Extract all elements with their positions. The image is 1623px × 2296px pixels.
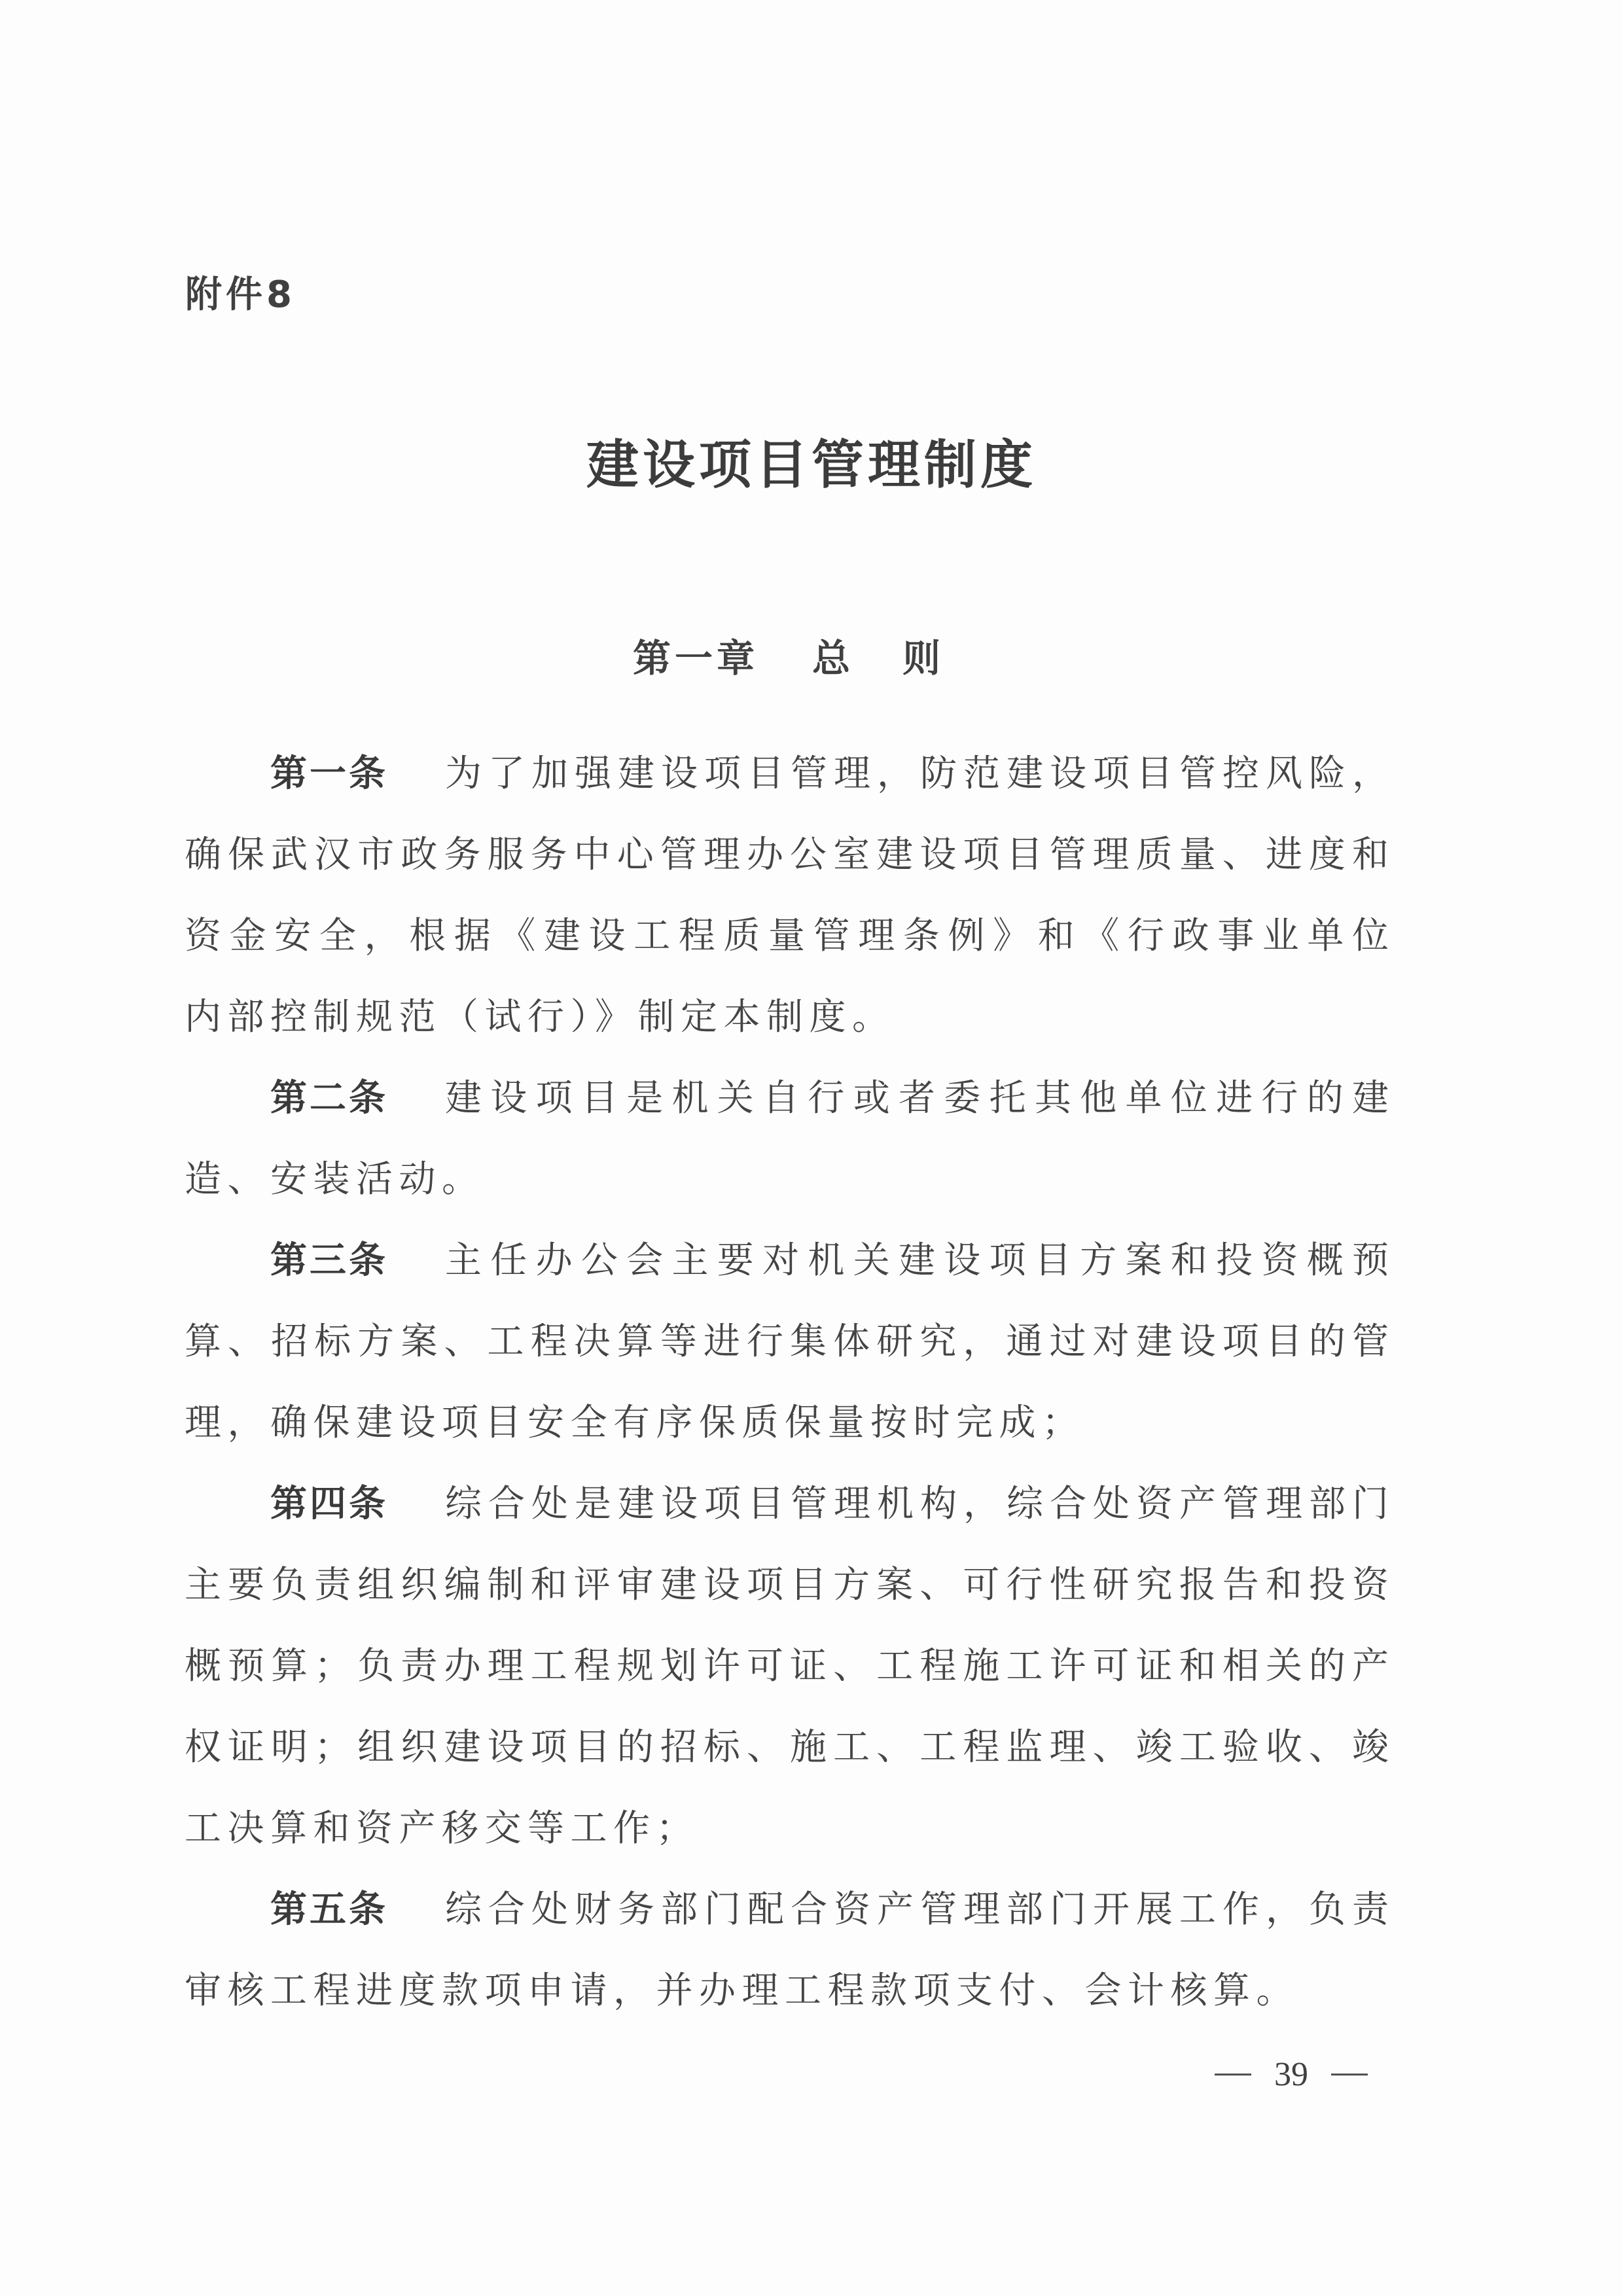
document-title: 建设项目管理制度 xyxy=(0,432,1623,497)
page-number-value: 39 xyxy=(1274,2055,1308,2094)
article-3-first-line: 第三条 主任办公会主要对机关建设项目方案和投资概预 xyxy=(270,1235,1389,1287)
article-label: 第一条 xyxy=(270,748,395,800)
article-text-line: 理，确保建设项目安全有序保质保量按时完成； xyxy=(185,1397,1389,1449)
article-1-first-line: 第一条 为了加强建设项目管理，防范建设项目管控风险， xyxy=(270,748,1389,800)
attachment-label: 附件8 xyxy=(185,272,296,319)
article-text-line: 造、安装活动。 xyxy=(185,1154,1389,1206)
article-text-line: 权证明；组织建设项目的招标、施工、工程监理、竣工验收、竣 xyxy=(185,1722,1389,1774)
article-text: 为了加强建设项目管理，防范建设项目管控风险， xyxy=(445,748,1389,800)
chapter-name-char: 总 xyxy=(812,635,850,682)
article-4-first-line: 第四条 综合处是建设项目管理机构，综合处资产管理部门 xyxy=(270,1478,1389,1530)
article-text-line: 工决算和资产移交等工作； xyxy=(185,1803,1389,1855)
article-label: 第三条 xyxy=(270,1235,395,1287)
chapter-heading: 第一章 总 则 xyxy=(633,635,940,682)
article-2-first-line: 第二条 建设项目是机关自行或者委托其他单位进行的建 xyxy=(270,1072,1389,1125)
article-text: 综合处是建设项目管理机构，综合处资产管理部门 xyxy=(445,1478,1389,1530)
chapter-name: 总 则 xyxy=(812,635,940,682)
page-number: 39 xyxy=(1215,2055,1368,2094)
article-text: 主任办公会主要对机关建设项目方案和投资概预 xyxy=(445,1235,1389,1287)
page-number-dash xyxy=(1331,2074,1368,2075)
chapter-number: 第一章 xyxy=(633,635,758,682)
article-label: 第四条 xyxy=(270,1478,395,1530)
article-text-line: 资金安全，根据《建设工程质量管理条例》和《行政事业单位 xyxy=(185,910,1389,963)
chapter-name-char: 则 xyxy=(902,635,940,682)
article-text-line: 内部控制规范（试行）》制定本制度。 xyxy=(185,991,1389,1044)
document-page: 附件8 建设项目管理制度 第一章 总 则 第一条 为了加强建设项目管理，防范建设… xyxy=(0,0,1623,2296)
article-text-line: 确保武汉市政务服务中心管理办公室建设项目管理质量、进度和 xyxy=(185,829,1389,881)
article-label: 第二条 xyxy=(270,1072,395,1125)
article-text-line: 算、招标方案、工程决算等进行集体研究，通过对建设项目的管 xyxy=(185,1316,1389,1368)
article-text: 综合处财务部门配合资产管理部门开展工作，负责 xyxy=(445,1884,1389,1936)
article-text: 建设项目是机关自行或者委托其他单位进行的建 xyxy=(445,1072,1389,1125)
article-label: 第五条 xyxy=(270,1884,395,1936)
article-5-first-line: 第五条 综合处财务部门配合资产管理部门开展工作，负责 xyxy=(270,1884,1389,1936)
article-text-line: 审核工程进度款项申请，并办理工程款项支付、会计核算。 xyxy=(185,1965,1389,2017)
page-number-dash xyxy=(1215,2074,1251,2075)
article-text-line: 概预算；负责办理工程规划许可证、工程施工许可证和相关的产 xyxy=(185,1640,1389,1693)
article-text-line: 主要负责组织编制和评审建设项目方案、可行性研究报告和投资 xyxy=(185,1559,1389,1612)
